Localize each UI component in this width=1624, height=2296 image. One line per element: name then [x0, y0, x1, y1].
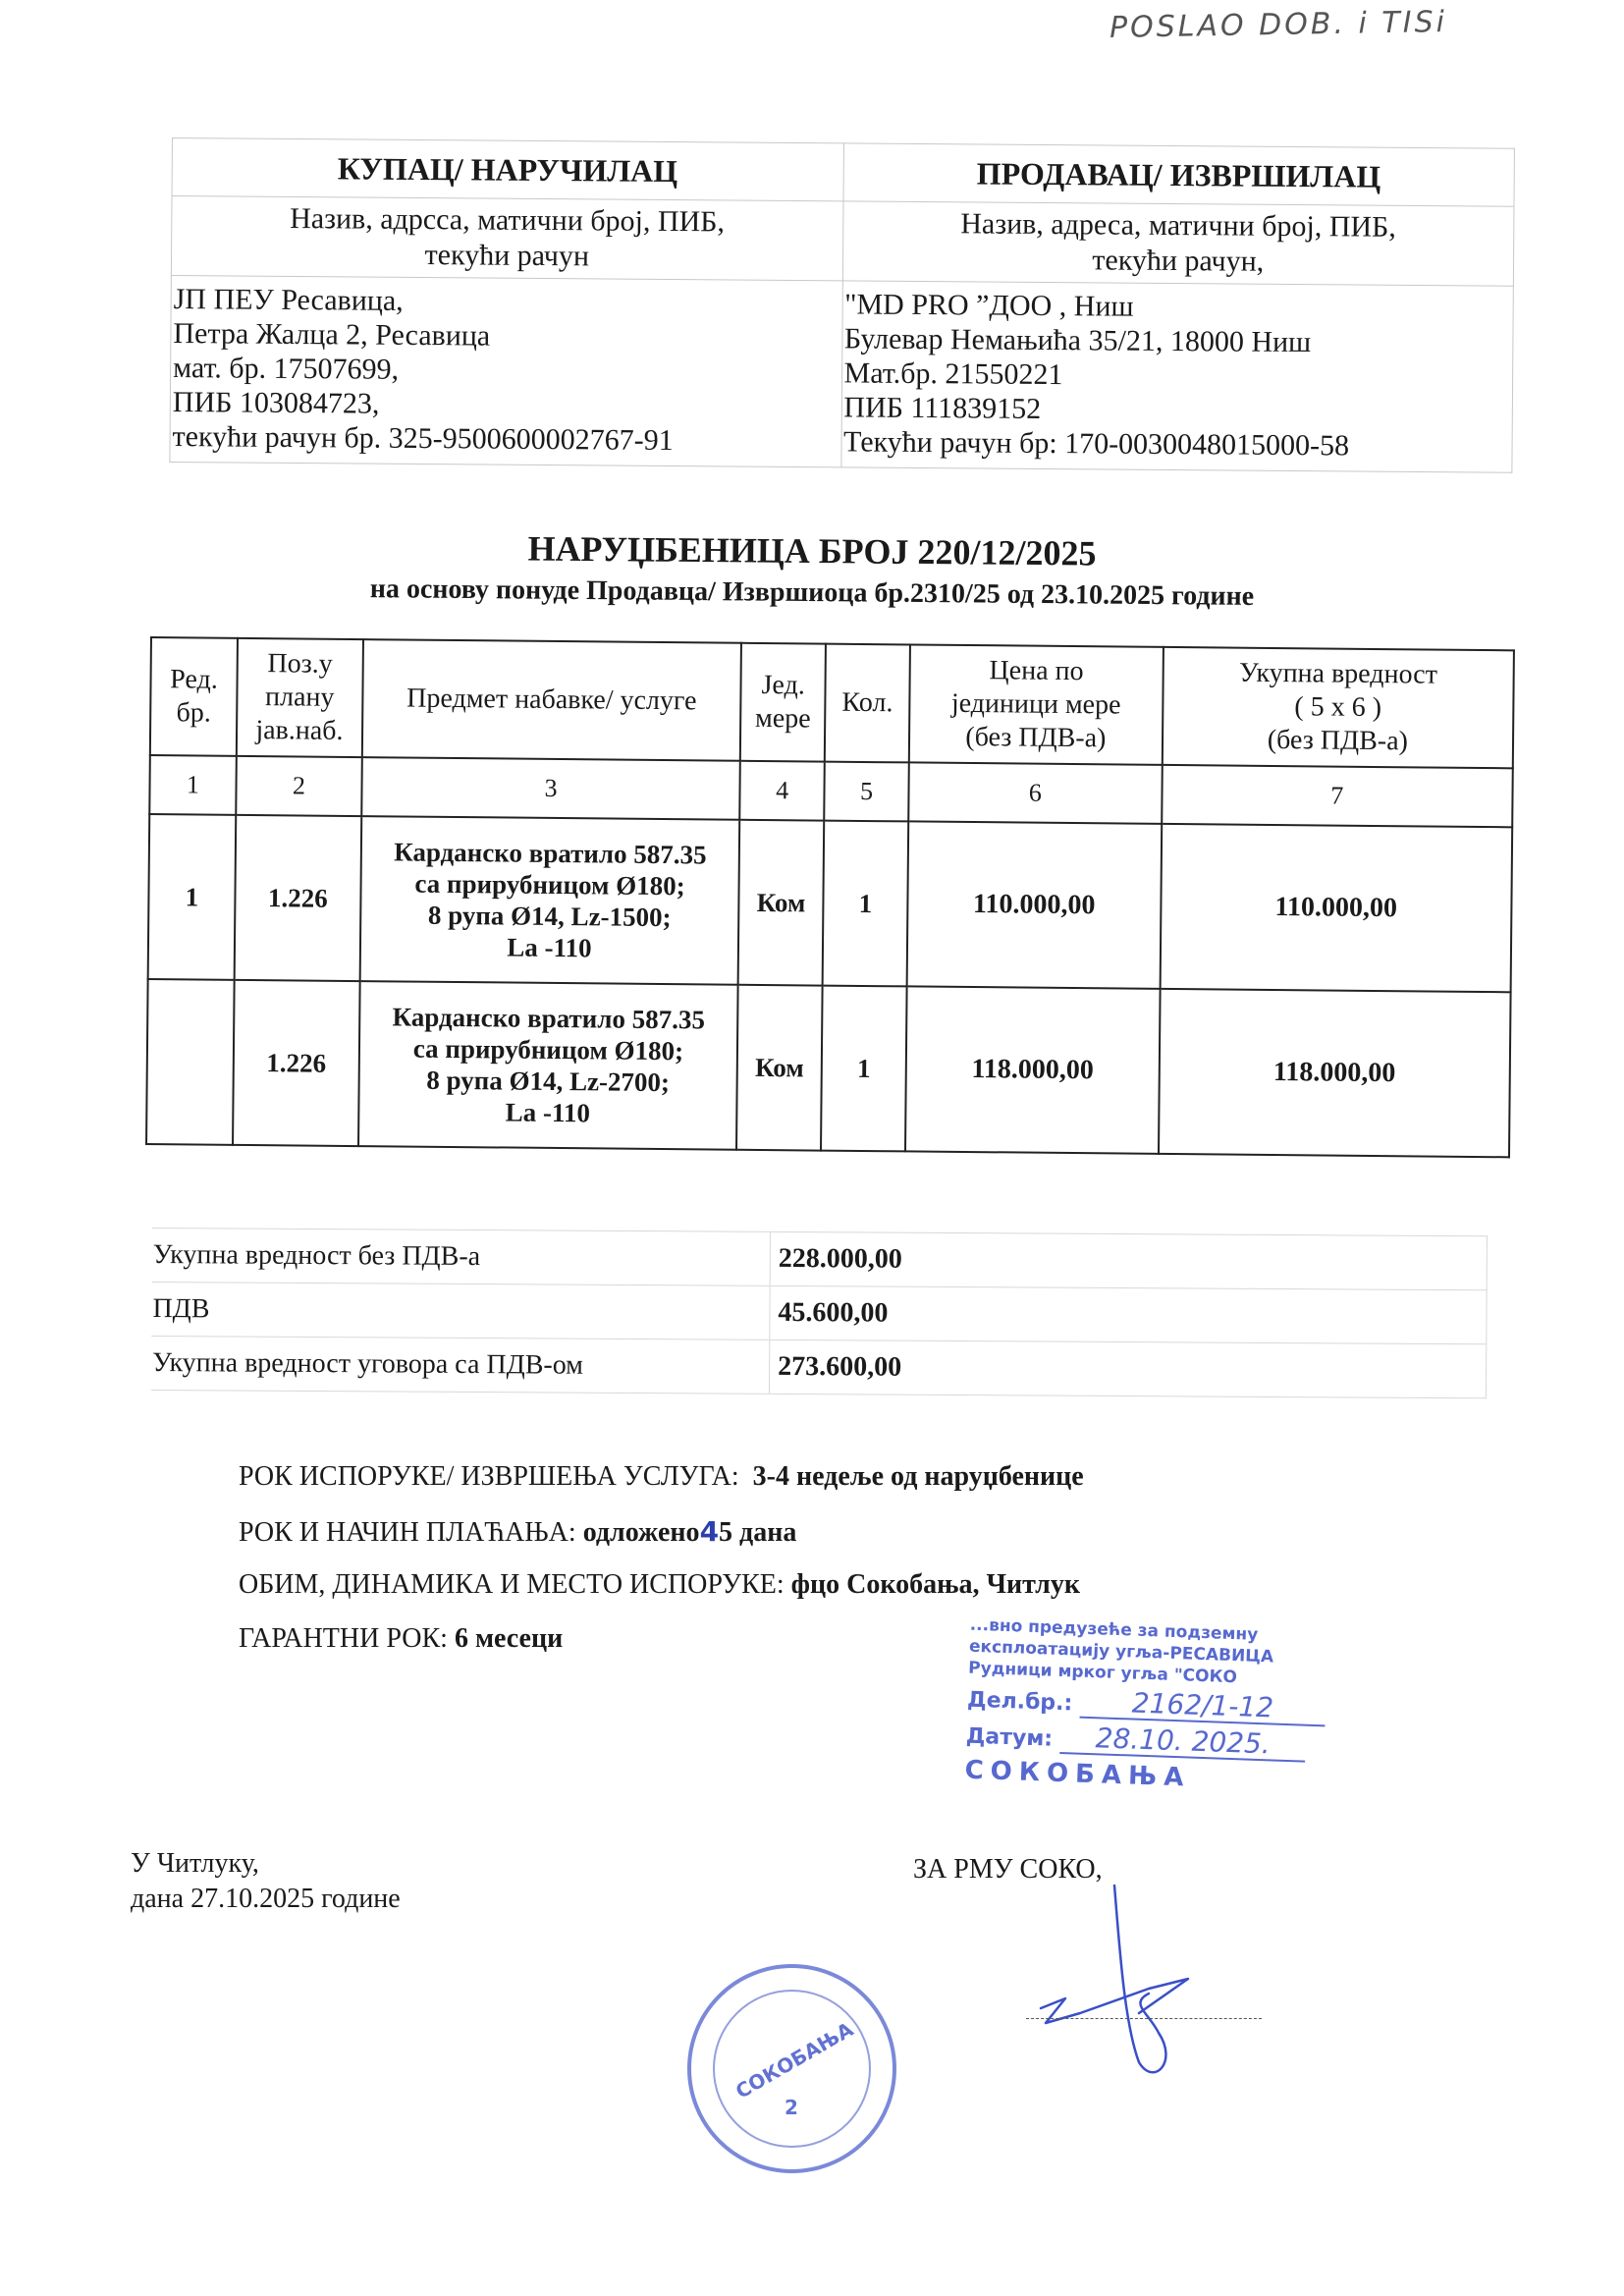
column-header-line: Ред. [155, 663, 232, 697]
seller-reg-number: Мат.бр. 21550221 [843, 355, 1510, 395]
column-number: 5 [824, 762, 908, 822]
column-header-line: Цена по [915, 653, 1159, 688]
column-header-line: плану [242, 681, 357, 715]
order-title: НАРУЏБЕНИЦА БРОЈ 220/12/2025 [0, 523, 1624, 578]
issue-date: дана 27.10.2025 године [131, 1882, 401, 1917]
stamp-ref-value: 2162/1-12 [1079, 1687, 1326, 1727]
parties-table: КУПАЦ/ НАРУЧИЛАЦ ПРОДАВАЦ/ ИЗВРШИЛАЦ Наз… [169, 137, 1515, 473]
stamp-date-label: Датум: [965, 1724, 1053, 1752]
column-number: 2 [236, 756, 361, 816]
buyer-details: ЈП ПЕУ Ресавица, Петра Жалца 2, Ресавица… [170, 275, 842, 466]
seller-subheading: Назив, адреса, матични број, ПИБ, текући… [842, 201, 1514, 286]
buyer-bank-account: текући рачун бр. 325-9500600002767-91 [172, 419, 839, 459]
totals-value: 228.000,00 [770, 1231, 1487, 1289]
plan-position: 1.226 [235, 815, 362, 981]
warranty-term-label: ГАРАНТНИ РОК: [239, 1623, 448, 1654]
buyer-address: Петра Жалца 2, Ресавица [173, 316, 839, 355]
unit-price: 118.000,00 [905, 986, 1160, 1153]
quantity: 1 [823, 821, 909, 987]
column-number: 4 [739, 761, 825, 821]
row-number: 1 [148, 814, 237, 980]
column-header-line: бр. [155, 696, 232, 731]
column-header: Јед.мере [740, 643, 826, 762]
quantity: 1 [821, 986, 907, 1152]
delivery-term-value: 3-4 недеље од наруџбенице [753, 1461, 1084, 1492]
signature-icon [1021, 1866, 1247, 2092]
payment-term: РОК И НАЧИН ПЛАЋАЊА: одложено45 дана [239, 1515, 1084, 1569]
item-description: Карданско вратило 587.35са прирубницом Ø… [359, 816, 739, 985]
description-line: La -110 [360, 1095, 735, 1130]
signature-line [1026, 2018, 1262, 2019]
column-header: Цена појединици мере(без ПДВ-а) [909, 644, 1164, 764]
description-line: са прирубницом Ø180; [362, 867, 737, 902]
buyer-reg-number: мат. бр. 17507699, [173, 351, 839, 390]
column-header: Кол. [825, 644, 910, 763]
column-number: 7 [1162, 765, 1513, 827]
column-header: Предмет набавке/ услуге [362, 639, 741, 761]
place-and-date: У Читлуку, дана 27.10.2025 године [131, 1846, 401, 1917]
warranty-term: ГАРАНТНИ РОК: 6 месеци [239, 1623, 1084, 1677]
handwritten-correction: 4 [700, 1515, 719, 1548]
column-header: Ред.бр. [150, 637, 238, 756]
totals-row: Укупна вредност без ПДВ-а228.000,00 [152, 1229, 1488, 1290]
seller-heading: ПРОДАВАЦ/ ИЗВРШИЛАЦ [843, 143, 1515, 206]
buyer-tax-id: ПИБ 103084723, [173, 385, 839, 424]
order-terms: РОК ИСПОРУКЕ/ ИЗВРШЕЊА УСЛУГА: 3-4 недељ… [239, 1461, 1084, 1677]
column-header-line: мере [745, 702, 820, 737]
line-total: 118.000,00 [1159, 989, 1511, 1157]
seal-number: 2 [785, 2096, 798, 2119]
description-line: 8 рупа Ø14, Lz-2700; [360, 1064, 735, 1099]
unit-of-measure: Ком [736, 985, 823, 1151]
buyer-subheading-line: Назив, адрсса, матични број, ПИБ, [172, 200, 842, 241]
warranty-term-value: 6 месеци [455, 1623, 563, 1654]
column-header-line: Поз.у [242, 647, 357, 682]
column-number: 3 [361, 757, 740, 820]
items-table: Ред.бр.Поз.упланујав.наб.Предмет набавке… [145, 636, 1515, 1158]
seller-name: "MD PRO ”ДОО , Ниш [844, 287, 1511, 326]
description-line: La -110 [362, 930, 737, 965]
seller-tax-id: ПИБ 111839152 [843, 390, 1510, 429]
seller-subheading-line: Назив, адреса, матични број, ПИБ, [843, 205, 1514, 246]
seller-bank-account: Текући рачун бр: 170-0030048015000-58 [843, 424, 1510, 464]
order-subtitle: на основу понуде Продавца/ Извршиоца бр.… [0, 571, 1624, 616]
totals-row: ПДВ45.600,00 [151, 1282, 1487, 1343]
table-row: 11.226Карданско вратило 587.35са прирубн… [148, 814, 1513, 992]
totals-value: 273.600,00 [769, 1339, 1486, 1397]
column-header-line: јединици мере [914, 686, 1158, 722]
registry-stamp: ...вно предузеће за подземну експлоатаци… [964, 1614, 1328, 1798]
column-number: 6 [908, 762, 1162, 823]
column-number: 1 [149, 755, 236, 815]
totals-row: Укупна вредност уговора са ПДВ-ом273.600… [151, 1336, 1487, 1397]
row-number [146, 979, 235, 1145]
column-header-line: Јед. [746, 669, 821, 703]
column-header-line: (без ПДВ-а) [1167, 723, 1509, 759]
column-header-line: (без ПДВ-а) [914, 720, 1158, 755]
line-total: 110.000,00 [1160, 824, 1512, 992]
stamp-date-value: 28.10. 2025. [1059, 1722, 1306, 1763]
seller-address: Булевар Немањића 35/21, 18000 Ниш [844, 321, 1511, 360]
totals-label: Укупна вредност без ПДВ-а [152, 1229, 771, 1286]
table-row: 1.226Карданско вратило 587.35са прирубни… [146, 979, 1511, 1157]
seller-details: "MD PRO ”ДОО , Ниш Булевар Немањића 35/2… [840, 281, 1513, 472]
buyer-subheading: Назив, адрсса, матични број, ПИБ, текући… [171, 196, 842, 281]
column-header: Укупна вредност( 5 x 6 )(без ПДВ-а) [1162, 647, 1513, 768]
payment-term-days: 5 дана [719, 1517, 796, 1548]
payment-term-label: РОК И НАЧИН ПЛАЋАЊА: [239, 1517, 576, 1548]
stamp-ref-label: Дел.бр.: [967, 1688, 1073, 1717]
delivery-term-label: РОК ИСПОРУКЕ/ ИЗВРШЕЊА УСЛУГА: [239, 1461, 739, 1492]
scope-term: ОБИМ, ДИНАМИКА И МЕСТО ИСПОРУКЕ: фцо Сок… [239, 1569, 1084, 1623]
place: У Читлуку, [131, 1846, 401, 1882]
unit-price: 110.000,00 [907, 821, 1162, 988]
round-seal-stamp: СОКОБАЊА 2 [687, 1964, 896, 2173]
delivery-term: РОК ИСПОРУКЕ/ ИЗВРШЕЊА УСЛУГА: 3-4 недељ… [239, 1461, 1084, 1515]
items-header-row: Ред.бр.Поз.упланујав.наб.Предмет набавке… [150, 637, 1514, 768]
seller-subheading-line: текући рачун, [842, 241, 1513, 281]
column-header-line: Предмет набавке/ услуге [367, 682, 736, 719]
description-line: Карданско вратило 587.35 [361, 1001, 736, 1036]
column-header: Поз.упланујав.наб. [237, 638, 363, 757]
item-description: Карданско вратило 587.35са прирубницом Ø… [358, 981, 738, 1150]
column-header-line: ( 5 x 6 ) [1167, 689, 1509, 726]
buyer-subheading-line: текући рачун [172, 236, 842, 276]
handwritten-note: POSLAO DOB. i TISi [1110, 5, 1447, 45]
totals-value: 45.600,00 [770, 1285, 1487, 1343]
description-line: 8 рупа Ø14, Lz-1500; [362, 899, 737, 934]
description-line: Карданско вратило 587.35 [363, 836, 738, 871]
unit-of-measure: Ком [738, 820, 825, 986]
plan-position: 1.226 [233, 980, 360, 1146]
scope-term-label: ОБИМ, ДИНАМИКА И МЕСТО ИСПОРУКЕ: [239, 1569, 785, 1600]
column-header-line: Кол. [830, 686, 904, 721]
totals-table: Укупна вредност без ПДВ-а228.000,00ПДВ45… [151, 1228, 1488, 1398]
buyer-name: ЈП ПЕУ Ресавица, [174, 282, 840, 321]
totals-label: ПДВ [151, 1282, 770, 1339]
totals-label: Укупна вредност уговора са ПДВ-ом [151, 1336, 770, 1394]
buyer-heading: КУПАЦ/ НАРУЧИЛАЦ [172, 138, 843, 201]
column-header-line: јав.наб. [242, 714, 357, 748]
description-line: са прирубницом Ø180; [361, 1032, 736, 1067]
column-header-line: Укупна вредност [1167, 656, 1509, 692]
scope-term-value: фцо Сокобања, Читлук [791, 1569, 1080, 1600]
payment-term-value: одложено [583, 1517, 700, 1548]
